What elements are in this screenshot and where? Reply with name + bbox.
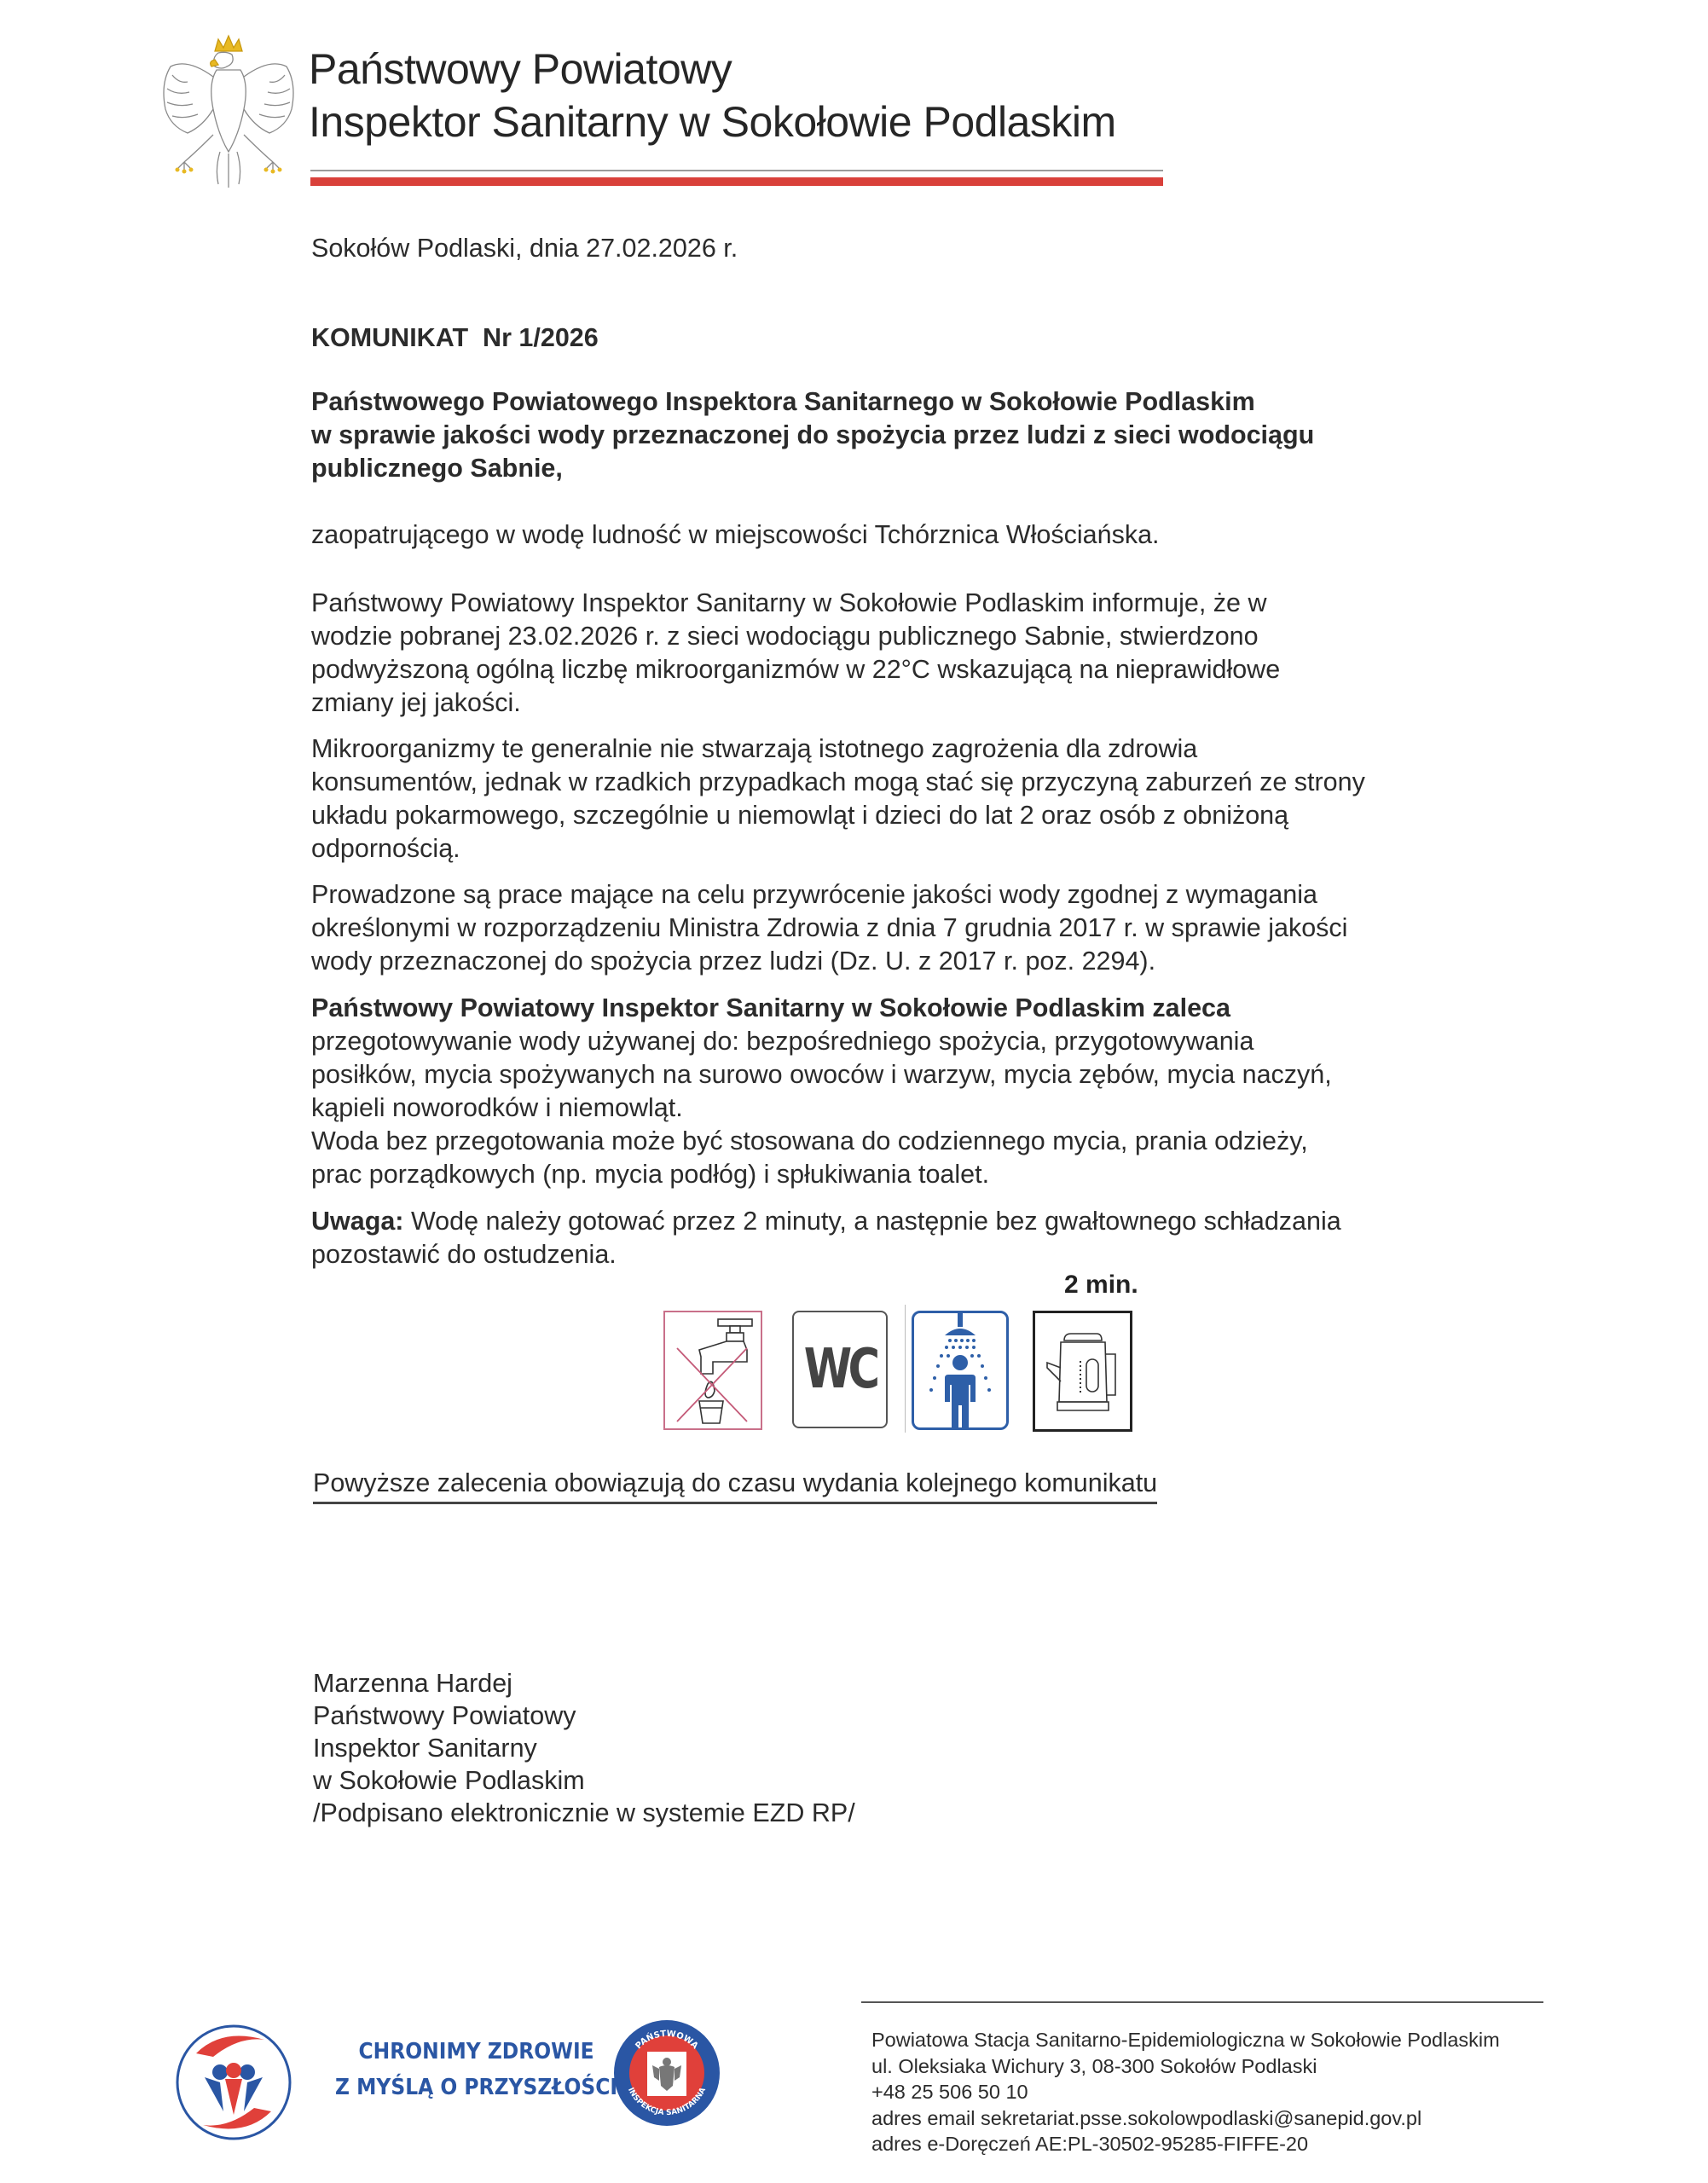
kettle-icon [1033, 1311, 1132, 1432]
title-line: publicznego Sabnie, [311, 452, 1420, 485]
wc-label: WC [803, 1338, 877, 1401]
paragraph-line: określonymi w rozporządzeniu Ministra Zd… [311, 912, 1420, 945]
contact-info: Powiatowa Stacja Sanitarno-Epidemiologic… [871, 2027, 1500, 2157]
footer-divider [861, 2001, 1543, 2003]
paragraph-works: Prowadzone są prace mające na celu przyw… [311, 878, 1420, 978]
slogan-line: CHRONIMY ZDROWIE [335, 2034, 617, 2070]
slogan-line: Z MYŚLĄ O PRZYSZŁOŚCI [335, 2070, 617, 2105]
station-email: adres email sekretariat.psse.sokolowpodl… [871, 2105, 1500, 2132]
paragraph-risk: Mikroorganizmy te generalnie nie stwarza… [311, 732, 1420, 866]
protect-health-logo [171, 2019, 297, 2145]
shower-icon [912, 1311, 1009, 1430]
paragraph-line: prac porządkowych (np. mycia podłóg) i s… [311, 1158, 1420, 1191]
paragraph-line: wodzie pobranej 23.02.2026 r. z sieci wo… [311, 620, 1420, 653]
paragraph-line: Woda bez przegotowania może być stosowan… [311, 1125, 1420, 1158]
paragraph-line: Prowadzone są prace mające na celu przyw… [311, 878, 1420, 912]
supply-area-line: zaopatrującego w wodę ludność w miejscow… [311, 518, 1420, 552]
signatory-title: w Sokołowie Podlaskim [313, 1764, 855, 1797]
paragraph-line: kąpieli noworodków i niemowląt. [311, 1091, 1420, 1125]
paragraph-info: Państwowy Powiatowy Inspektor Sanitarny … [311, 587, 1420, 720]
recommendation-heading: Państwowy Powiatowy Inspektor Sanitarny … [311, 992, 1420, 1025]
header-divider-red [310, 177, 1163, 186]
polish-eagle-emblem [153, 32, 303, 190]
no-tap-drinking-icon [663, 1311, 762, 1430]
paragraph-line: wody przeznaczonej do spożycia przez lud… [311, 945, 1420, 978]
paragraph-line: Państwowy Powiatowy Inspektor Sanitarny … [311, 587, 1420, 620]
issuer-title: Państwowy Powiatowy Inspektor Sanitarny … [309, 43, 1116, 148]
issuer-title-line1: Państwowy Powiatowy [309, 43, 1116, 96]
announcement-title: Państwowego Powiatowego Inspektora Sanit… [311, 385, 1420, 485]
paragraph-line: posiłków, mycia spożywanych na surowo ow… [311, 1058, 1420, 1091]
station-e-delivery-address: adres e-Doręczeń AE:PL-30502-95285-FIFFE… [871, 2131, 1500, 2157]
station-address: ul. Oleksiaka Wichury 3, 08-300 Sokołów … [871, 2053, 1500, 2080]
signature-block: Marzenna Hardej Państwowy Powiatowy Insp… [313, 1667, 855, 1829]
electronic-signature-note: /Podpisano elektronicznie w systemie EZD… [313, 1797, 855, 1829]
paragraph-warning: Uwaga: Wodę należy gotować przez 2 minut… [311, 1205, 1420, 1271]
boil-time-label: 2 min. [1064, 1271, 1138, 1300]
paragraph-line: Mikroorganizmy te generalnie nie stwarza… [311, 732, 1420, 766]
warning-text: Wodę należy gotować przez 2 minuty, a na… [403, 1207, 1340, 1236]
title-line: Państwowego Powiatowego Inspektora Sanit… [311, 385, 1420, 419]
announcement-heading: KOMUNIKAT Nr 1/2026 [311, 321, 1420, 355]
issuer-title-line2: Inspektor Sanitarny w Sokołowie Podlaski… [309, 96, 1116, 148]
warning-line: Uwaga: Wodę należy gotować przez 2 minut… [311, 1205, 1420, 1238]
paragraph-line: układu pokarmowego, szczególnie u niemow… [311, 799, 1420, 832]
warning-label: Uwaga: [311, 1207, 403, 1236]
title-line: w sprawie jakości wody przeznaczonej do … [311, 419, 1420, 452]
warning-line: pozostawić do ostudzenia. [311, 1238, 1420, 1271]
wc-icon: WC [792, 1311, 888, 1428]
sanitary-inspection-badge: PAŃSTWOWA INSPEKCJA SANITARNA [611, 2018, 722, 2128]
header-divider-thin [310, 170, 1163, 171]
paragraph-line: zmiany jej jakości. [311, 686, 1420, 720]
signatory-title: Państwowy Powiatowy [313, 1699, 855, 1732]
paragraph-line: przegotowywanie wody używanej do: bezpoś… [311, 1025, 1420, 1058]
station-name: Powiatowa Stacja Sanitarno-Epidemiologic… [871, 2027, 1500, 2053]
station-phone: +48 25 506 50 10 [871, 2079, 1500, 2105]
paragraph-recommendation: Państwowy Powiatowy Inspektor Sanitarny … [311, 992, 1420, 1191]
paragraph-line: konsumentów, jednak w rzadkich przypadka… [311, 766, 1420, 799]
pictogram-divider [905, 1305, 906, 1433]
paragraph-line: podwyższoną ogólną liczbę mikroorganizmó… [311, 653, 1420, 686]
signatory-name: Marzenna Hardej [313, 1667, 855, 1699]
validity-notice: Powyższe zalecenia obowiązują do czasu w… [313, 1468, 1157, 1504]
campaign-slogan: CHRONIMY ZDROWIE Z MYŚLĄ O PRZYSZŁOŚCI [335, 2034, 617, 2105]
paragraph-line: odpornością. [311, 832, 1420, 866]
signatory-title: Inspektor Sanitarny [313, 1732, 855, 1764]
date-line: Sokołów Podlaski, dnia 27.02.2026 r. [311, 232, 1420, 265]
